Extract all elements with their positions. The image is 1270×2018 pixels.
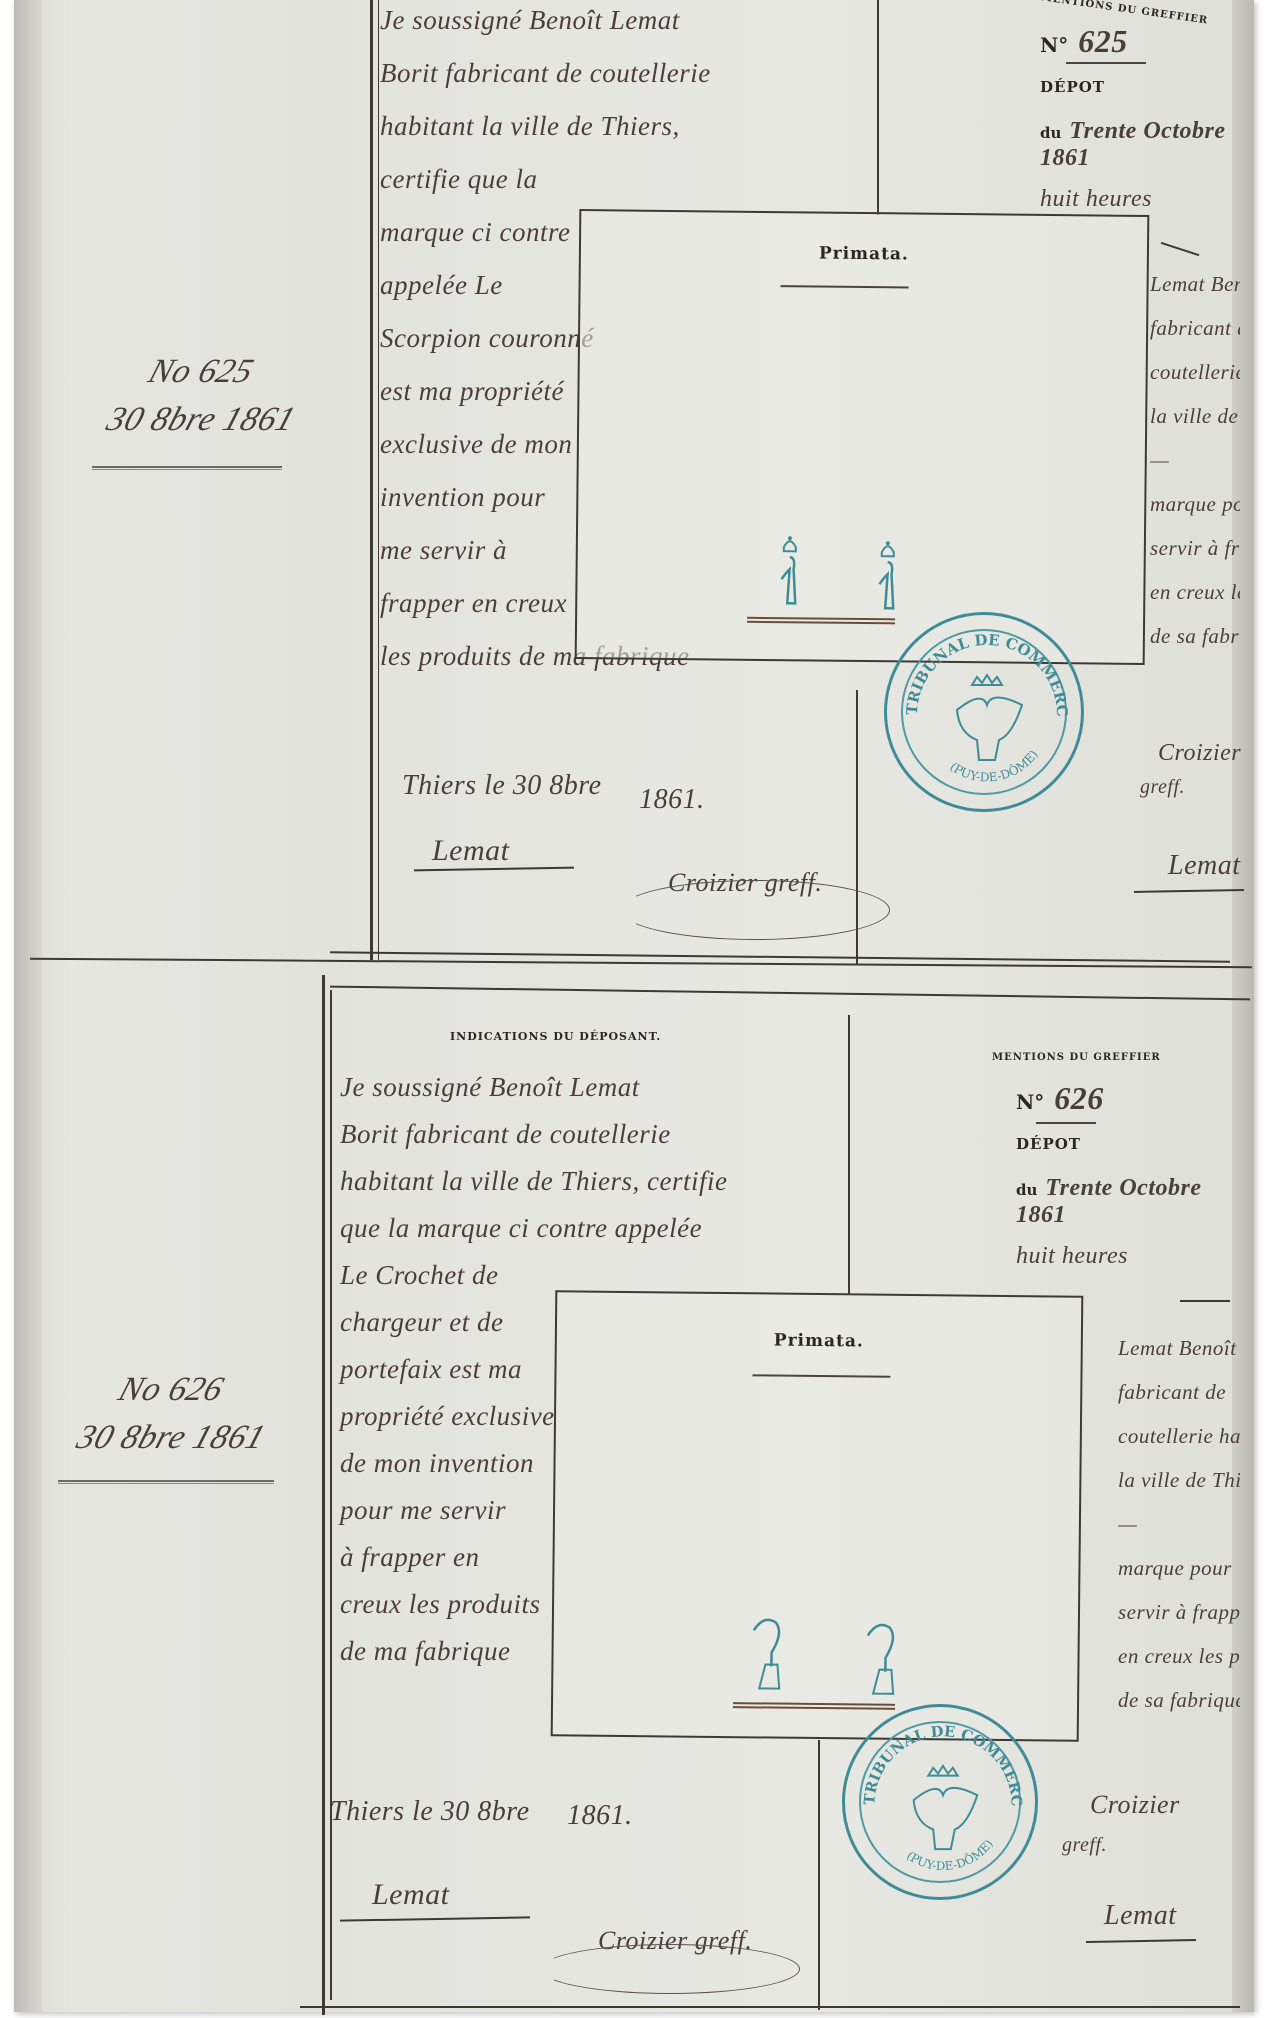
side-rule bbox=[1180, 1300, 1230, 1302]
deposant-signature: Lemat bbox=[432, 834, 510, 868]
side-note-line: marque pour bbox=[1118, 1546, 1240, 1590]
side-note-line: en creux les produits bbox=[1118, 1634, 1240, 1678]
side-signature-greffier: Croizier bbox=[1158, 740, 1241, 767]
frame-left-inner bbox=[378, 0, 379, 960]
frame-left-double bbox=[322, 975, 325, 2015]
eagle-seal-icon: TRIBUNAL DE COMMERCE DE THIERS (PUY-DE-D… bbox=[845, 1707, 1041, 1903]
declaration-line: habitant la ville de Thiers, certifie bbox=[340, 1158, 860, 1205]
du-label: du bbox=[1040, 124, 1061, 142]
date-text: Thiers le 30 8bre bbox=[330, 1796, 530, 1827]
frame-left-inner bbox=[330, 990, 332, 2000]
court-stamp-625: TRIBUNAL DE COMMERCE DE THIERS (PUY-DE-D… bbox=[884, 612, 1084, 812]
hook-mark-icon bbox=[749, 1616, 786, 1692]
declaration-date: Thiers le 30 8bre 1861. bbox=[402, 770, 705, 802]
signature-flourish bbox=[540, 1944, 800, 1994]
svg-text:(PUY-DE-DÔME): (PUY-DE-DÔME) bbox=[947, 748, 1041, 785]
side-note-line: en creux les produits bbox=[1150, 570, 1240, 614]
margin-date: 30 8bre 1861 bbox=[48, 1414, 294, 1462]
signature-flourish bbox=[620, 880, 890, 940]
svg-text:(PUY-DE-DÔME): (PUY-DE-DÔME) bbox=[904, 1837, 996, 1873]
deposant-header: INDICATIONS DU DÉPOSANT. bbox=[450, 1030, 661, 1043]
declaration-line: Je soussigné Benoît Lemat bbox=[340, 1064, 860, 1111]
side-note-line: de sa fabrique bbox=[1150, 614, 1240, 658]
declaration-line: Borit fabricant de coutellerie bbox=[340, 1111, 860, 1158]
declaration-line: que la marque ci contre appelée bbox=[340, 1205, 860, 1252]
depot-label: DÉPOT bbox=[1040, 78, 1240, 96]
side-signature-greff: greff. bbox=[1140, 776, 1185, 799]
side-note-line: coutellerie habitant bbox=[1150, 350, 1240, 394]
eagle-seal-icon: TRIBUNAL DE COMMERCE DE THIERS (PUY-DE-D… bbox=[887, 615, 1087, 815]
crowned-mark-icon bbox=[777, 535, 802, 607]
declaration-line: Je soussigné Benoît Lemat bbox=[380, 0, 850, 47]
title-rule bbox=[781, 285, 909, 288]
side-notes-626: Lemat Benoît fabricant de coutellerie ha… bbox=[1118, 1326, 1240, 1746]
side-signature-greff: greff. bbox=[1062, 1834, 1107, 1857]
depot-number: N°625 bbox=[1040, 23, 1240, 60]
depot-label: DÉPOT bbox=[1016, 1135, 1256, 1153]
column-divider-lower bbox=[818, 1740, 820, 2010]
date-value: Trente Octobre 1861 bbox=[1040, 118, 1225, 171]
title-rule bbox=[752, 1374, 890, 1377]
number-underline bbox=[1036, 1122, 1096, 1124]
svg-text:TRIBUNAL DE COMMERCE DE THIERS: TRIBUNAL DE COMMERCE DE THIERS bbox=[887, 615, 1071, 717]
margin-rule bbox=[92, 466, 282, 470]
frame-bottom bbox=[300, 2006, 1240, 2008]
declaration-line: Borit fabricant de coutellerie bbox=[380, 47, 850, 100]
side-note-line: Lemat Benoît bbox=[1150, 262, 1240, 306]
hook-mark-icon bbox=[863, 1621, 900, 1697]
side-note-line: — bbox=[1150, 438, 1240, 482]
depot-date: duTrente Octobre 1861 bbox=[1040, 118, 1240, 172]
mark-class-title: Primata. bbox=[557, 1328, 1081, 1353]
greffier-626: N°626 DÉPOT duTrente Octobre 1861 huit h… bbox=[1016, 1080, 1256, 1270]
depot-hour: huit heures bbox=[1040, 186, 1240, 213]
crowned-mark-icon bbox=[875, 540, 900, 612]
side-notes-625: Lemat Benoît fabricant de coutellerie ha… bbox=[1150, 262, 1240, 822]
side-signature-greffier: Croizier bbox=[1090, 1790, 1180, 1820]
margin-date: 30 8bre 1861 bbox=[78, 396, 324, 444]
side-signature-deposant: Lemat bbox=[1104, 1900, 1177, 1932]
side-note-line: la ville de Thiers bbox=[1150, 394, 1240, 438]
deposant-signature: Lemat bbox=[372, 1878, 450, 1912]
margin-entry-625: No 625 30 8bre 1861 bbox=[86, 348, 316, 444]
side-note-line: servir à frapper bbox=[1150, 526, 1240, 570]
side-note-line: de sa fabrique bbox=[1118, 1678, 1240, 1722]
year-text: 1861. bbox=[639, 784, 705, 815]
side-note-line: coutellerie habitant bbox=[1118, 1414, 1240, 1458]
year-text: 1861. bbox=[567, 1800, 633, 1831]
date-text: Thiers le 30 8bre bbox=[402, 770, 602, 801]
mark-class-title: Primata. bbox=[581, 241, 1147, 267]
date-value: Trente Octobre 1861 bbox=[1016, 1175, 1201, 1228]
greffier-header: MENTIONS DU GREFFIER bbox=[992, 1052, 1161, 1063]
mark-box-625: Primata. bbox=[575, 209, 1150, 665]
mark-baseline bbox=[747, 617, 895, 625]
side-note-line: fabricant de bbox=[1150, 306, 1240, 350]
depot-hour: huit heures bbox=[1016, 1243, 1256, 1270]
no-value: 625 bbox=[1078, 23, 1128, 59]
side-note-line: — bbox=[1118, 1502, 1240, 1546]
margin-rule bbox=[58, 1480, 274, 1484]
column-divider bbox=[877, 0, 879, 215]
declaration-line: certifie que la bbox=[380, 153, 850, 206]
book-gutter bbox=[14, 0, 42, 2012]
side-note-line: fabricant de bbox=[1118, 1370, 1240, 1414]
declaration-date: Thiers le 30 8bre 1861. bbox=[330, 1796, 633, 1828]
depot-date: duTrente Octobre 1861 bbox=[1016, 1175, 1256, 1229]
no-label: N° bbox=[1016, 1090, 1044, 1114]
svg-text:TRIBUNAL DE COMMERCE DE THIERS: TRIBUNAL DE COMMERCE DE THIERS bbox=[845, 1707, 1025, 1807]
number-underline bbox=[1066, 62, 1146, 64]
greffier-625: MENTIONS DU GREFFIER N°625 DÉPOT duTrent… bbox=[1040, 6, 1240, 213]
side-note-line: Lemat Benoît bbox=[1118, 1326, 1240, 1370]
margin-number: No 626 bbox=[48, 1366, 294, 1414]
declaration-line: habitant la ville de Thiers, bbox=[380, 100, 850, 153]
side-note-line: servir à frapper bbox=[1118, 1590, 1240, 1634]
mark-box-626: Primata. bbox=[551, 1290, 1084, 1742]
margin-entry-626: No 626 30 8bre 1861 bbox=[56, 1366, 286, 1462]
no-label: N° bbox=[1040, 33, 1068, 57]
side-signature-deposant: Lemat bbox=[1168, 850, 1241, 882]
du-label: du bbox=[1016, 1181, 1037, 1199]
side-note-line: marque pour bbox=[1150, 482, 1240, 526]
side-note-line: la ville de Thiers bbox=[1118, 1458, 1240, 1502]
margin-number: No 625 bbox=[78, 348, 324, 396]
court-stamp-626: TRIBUNAL DE COMMERCE DE THIERS (PUY-DE-D… bbox=[842, 1704, 1038, 1900]
frame-left-double bbox=[370, 0, 373, 960]
depot-number: N°626 bbox=[1016, 1080, 1256, 1117]
no-value: 626 bbox=[1054, 1080, 1104, 1116]
